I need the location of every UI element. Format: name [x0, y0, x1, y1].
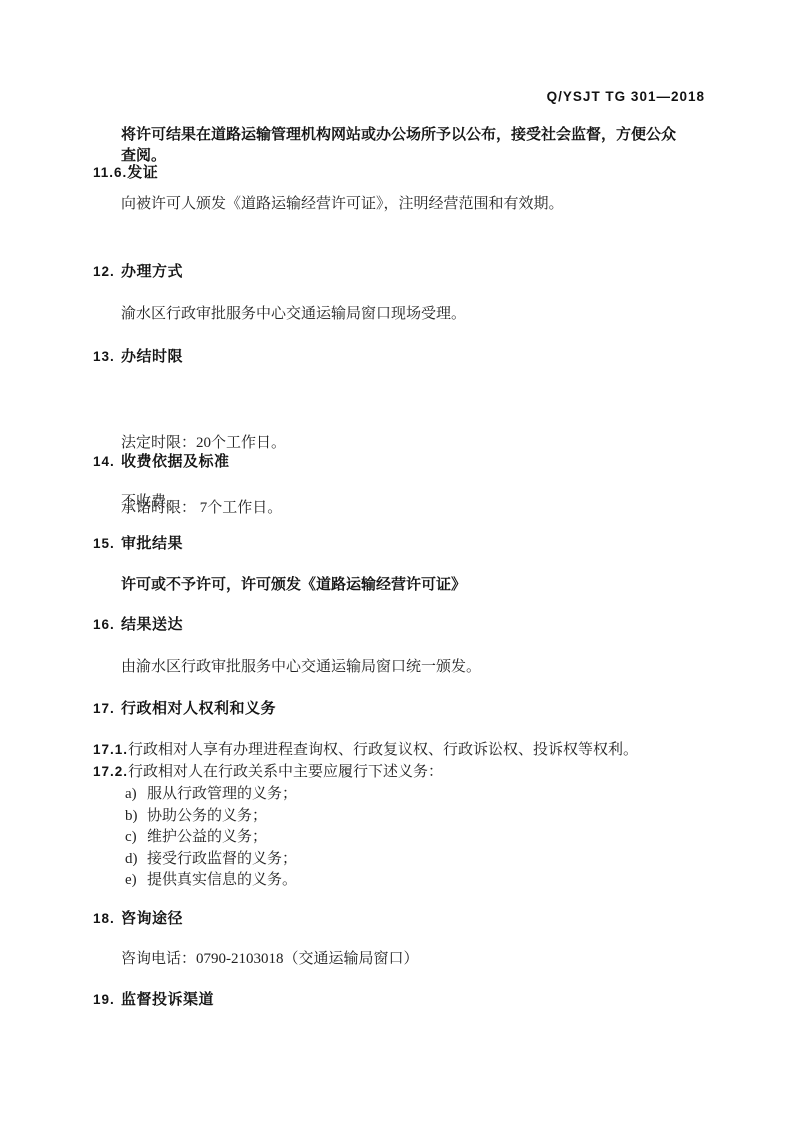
section-number: 11.6. — [93, 163, 127, 183]
list-item-text: 服从行政管理的义务； — [147, 786, 297, 802]
section-title: 收费依据及标准 — [121, 453, 230, 470]
section-heading-11-6: 11.6.发证 — [93, 163, 158, 183]
clause-number: 17.2. — [93, 761, 128, 782]
section-number: 17. — [93, 699, 121, 719]
document-code-header: Q/YSJT TG 301—2018 — [547, 89, 705, 104]
section-title: 办结时限 — [121, 348, 183, 365]
section-number: 13. — [93, 347, 121, 367]
section-title: 发证 — [127, 164, 158, 181]
list-item-marker: a) — [125, 784, 147, 806]
list-item: a)服从行政管理的义务； — [125, 784, 297, 806]
section-heading-17: 17.行政相对人权利和义务 — [93, 699, 276, 719]
section-number: 16. — [93, 615, 121, 635]
section-heading-13: 13.办结时限 — [93, 347, 183, 367]
list-item-marker: d) — [125, 849, 147, 871]
section-title: 监督投诉渠道 — [121, 991, 214, 1008]
paragraph-publication-notice: 将许可结果在道路运输管理机构网站或办公场所予以公布，接受社会监督，方便公众查阅。 — [121, 124, 687, 166]
section-number: 15. — [93, 534, 121, 554]
clause-text: 行政相对人在行政关系中主要应履行下述义务： — [128, 764, 443, 780]
section-title: 结果送达 — [121, 616, 183, 633]
section-title: 行政相对人权利和义务 — [121, 700, 276, 717]
section-title: 审批结果 — [121, 535, 183, 552]
list-item: e)提供真实信息的义务。 — [125, 870, 297, 892]
list-item: c)维护公益的义务； — [125, 827, 297, 849]
clause-text: 行政相对人享有办理进程查询权、行政复议权、行政诉讼权、投诉权等权利。 — [128, 742, 638, 758]
section-number: 18. — [93, 909, 121, 929]
section-number: 14. — [93, 452, 121, 472]
paragraph-handling-method: 渝水区行政审批服务中心交通运输局窗口现场受理。 — [121, 304, 466, 325]
list-item: d)接受行政监督的义务； — [125, 849, 297, 871]
clause-number: 17.1. — [93, 739, 128, 760]
obligations-list: a)服从行政管理的义务； b)协助公务的义务； c)维护公益的义务； d)接受行… — [125, 784, 297, 892]
section-heading-12: 12.办理方式 — [93, 262, 183, 282]
paragraph-approval-result: 许可或不予许可，许可颁发《道路运输经营许可证》 — [121, 574, 466, 595]
list-item-text: 接受行政监督的义务； — [147, 851, 297, 867]
list-item-text: 维护公益的义务； — [147, 829, 267, 845]
section-number: 19. — [93, 990, 121, 1010]
list-item: b)协助公务的义务； — [125, 806, 297, 828]
paragraph-result-delivery: 由渝水区行政审批服务中心交通运输局窗口统一颁发。 — [121, 657, 481, 678]
clause-17-2: 17.2.行政相对人在行政关系中主要应履行下述义务： — [93, 761, 443, 783]
section-title: 办理方式 — [121, 263, 183, 280]
document-page: Q/YSJT TG 301—2018 将许可结果在道路运输管理机构网站或办公场所… — [0, 0, 793, 1122]
clause-17-1: 17.1.行政相对人享有办理进程查询权、行政复议权、行政诉讼权、投诉权等权利。 — [93, 739, 638, 761]
paragraph-issue-certificate: 向被许可人颁发《道路运输经营许可证》，注明经营范围和有效期。 — [121, 194, 564, 215]
list-item-text: 协助公务的义务； — [147, 808, 267, 824]
list-item-marker: b) — [125, 806, 147, 828]
section-heading-15: 15.审批结果 — [93, 534, 183, 554]
section-number: 12. — [93, 262, 121, 282]
list-item-text: 提供真实信息的义务。 — [147, 872, 297, 888]
section-heading-18: 18.咨询途径 — [93, 909, 183, 929]
section-heading-19: 19.监督投诉渠道 — [93, 990, 214, 1010]
section-heading-14: 14.收费依据及标准 — [93, 452, 230, 472]
paragraph-consult-phone: 咨询电话：0790-2103018（交通运输局窗口） — [121, 949, 419, 970]
section-title: 咨询途径 — [121, 910, 183, 927]
paragraph-no-fee: 不收费。 — [121, 492, 181, 513]
list-item-marker: c) — [125, 827, 147, 849]
list-item-marker: e) — [125, 870, 147, 892]
section-heading-16: 16.结果送达 — [93, 615, 183, 635]
